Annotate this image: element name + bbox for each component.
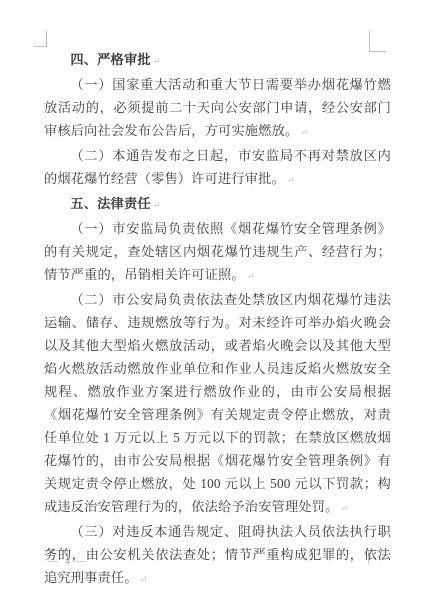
section-heading-approval: 四、严格审批 (44, 48, 391, 73)
paragraph-liability-2: （二）市公安局负责依法查处禁放区内烟花爆竹违法运输、储存、违规燃放等行为。对未经… (44, 288, 391, 520)
document-page: 四、严格审批 （一）国家重大活动和重大节日需要举办烟花爆竹燃放活动的，必须提前二… (0, 0, 423, 600)
page-number: — 4 — (49, 557, 88, 567)
paragraph-approval-1: （一）国家重大活动和重大节日需要举办烟花爆竹燃放活动的，必须提前二十天向公安部门… (44, 73, 391, 144)
paragraph-approval-2: （二）本通告发布之日起，市安监局不再对禁放区内的烟花爆竹经营（零售）许可进行审批… (44, 144, 391, 192)
paragraph-liability-3: （三）对违反本通告规定、阻碍执法人员依法执行职务的，由公安机关依法查处；情节严重… (44, 520, 391, 591)
section-heading-legal-liability: 五、法律责任 (44, 192, 391, 217)
crop-mark-top-left-icon (33, 31, 47, 47)
document-content: 四、严格审批 （一）国家重大活动和重大节日需要举办烟花爆竹燃放活动的，必须提前二… (44, 48, 391, 591)
paragraph-liability-1: （一）市安监局负责依照《烟花爆竹安全管理条例》的有关规定，查处辖区内烟花爆竹违规… (44, 217, 391, 288)
